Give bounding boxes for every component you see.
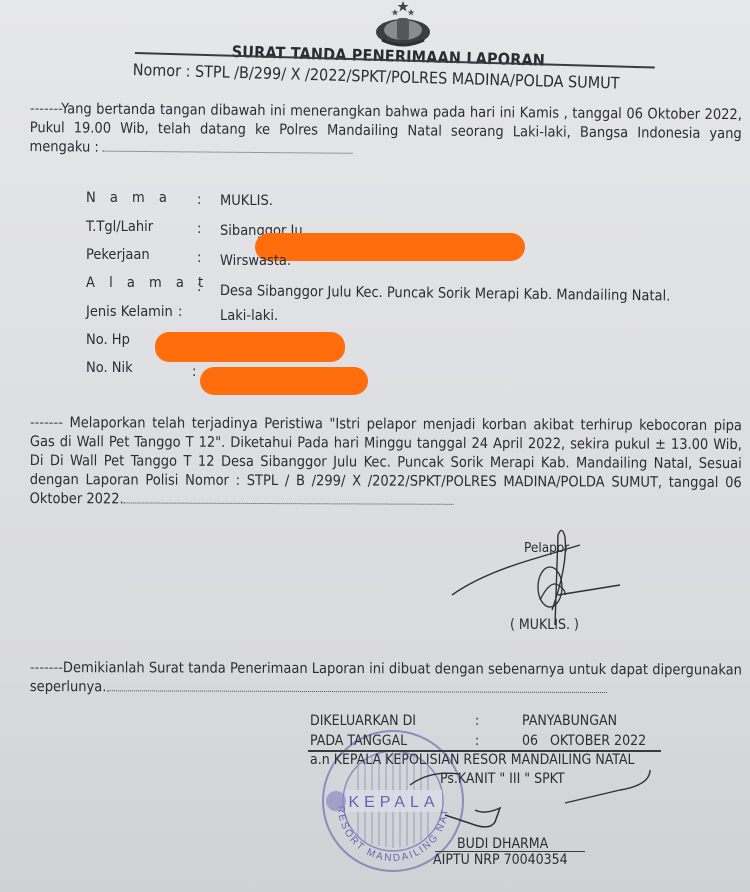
closing-paragraph: -------Demikianlah Surat tanda Penerimaa… bbox=[30, 659, 742, 699]
redaction-nik bbox=[200, 367, 368, 395]
field-colon: : bbox=[197, 250, 201, 266]
field-colon: : bbox=[178, 304, 182, 320]
field-colon: : bbox=[197, 192, 201, 208]
field-label-no-nik: No. Nik bbox=[86, 360, 133, 376]
lead-dashes: ------- bbox=[30, 415, 63, 431]
field-value-pekerjaan: Wirswasta. bbox=[220, 253, 291, 269]
field-value-alamat: Desa Sibanggor Julu Kec. Puncak Sorik Me… bbox=[220, 283, 671, 305]
lead-dashes: ------- bbox=[30, 660, 63, 676]
field-label-pekerjaan: Pekerjaan bbox=[86, 247, 150, 263]
reporter-name: ( MUKLIS. ) bbox=[510, 617, 579, 633]
field-label-nama: N a m a bbox=[86, 190, 172, 206]
lead-dashes: ------- bbox=[30, 101, 61, 117]
field-label-no-hp: No. Hp bbox=[86, 332, 130, 348]
document-page: SURAT TANDA PENERIMAAN LAPORAN Nomor : S… bbox=[0, 0, 750, 892]
field-colon: : bbox=[197, 279, 201, 295]
issued-date-value: 06 OKTOBER 2022 bbox=[522, 733, 646, 749]
officer-signature bbox=[400, 770, 660, 840]
dotted-filler bbox=[124, 491, 454, 504]
issued-place-value: PANYABUNGAN bbox=[522, 713, 617, 729]
issued-colon: : bbox=[475, 713, 479, 729]
opening-paragraph: -------Yang bertanda tangan dibawah ini … bbox=[30, 100, 742, 163]
issued-place-label: DIKELUARKAN DI bbox=[310, 713, 416, 729]
police-crest-icon bbox=[368, 0, 438, 48]
field-label-jenis-kelamin: Jenis Kelamin bbox=[86, 304, 173, 320]
officer-rank: AIPTU NRP 70040354 bbox=[433, 852, 568, 868]
field-value-jenis-kelamin: Laki-laki. bbox=[220, 308, 278, 324]
field-label-ttl: T.Tgl/Lahir bbox=[86, 219, 153, 235]
dotted-filler bbox=[103, 140, 353, 154]
issued-date-label: PADA TANGGAL bbox=[310, 733, 407, 749]
field-colon: : bbox=[197, 221, 201, 237]
officer-name: BUDI DHARMA bbox=[457, 836, 548, 852]
field-colon: : bbox=[192, 364, 196, 380]
on-behalf-line: a.n KEPALA KEPOLISIAN RESOR MANDAILING N… bbox=[310, 752, 635, 768]
dotted-filler bbox=[106, 679, 606, 693]
report-paragraph: ------- Melaporkan telah terjadinya Peri… bbox=[30, 414, 742, 512]
issued-colon: : bbox=[475, 733, 479, 749]
field-label-alamat: A l a m a t bbox=[86, 275, 208, 291]
redaction-phone bbox=[155, 332, 345, 362]
field-value-nama: MUKLIS. bbox=[220, 193, 273, 209]
redaction-birth bbox=[255, 233, 525, 261]
